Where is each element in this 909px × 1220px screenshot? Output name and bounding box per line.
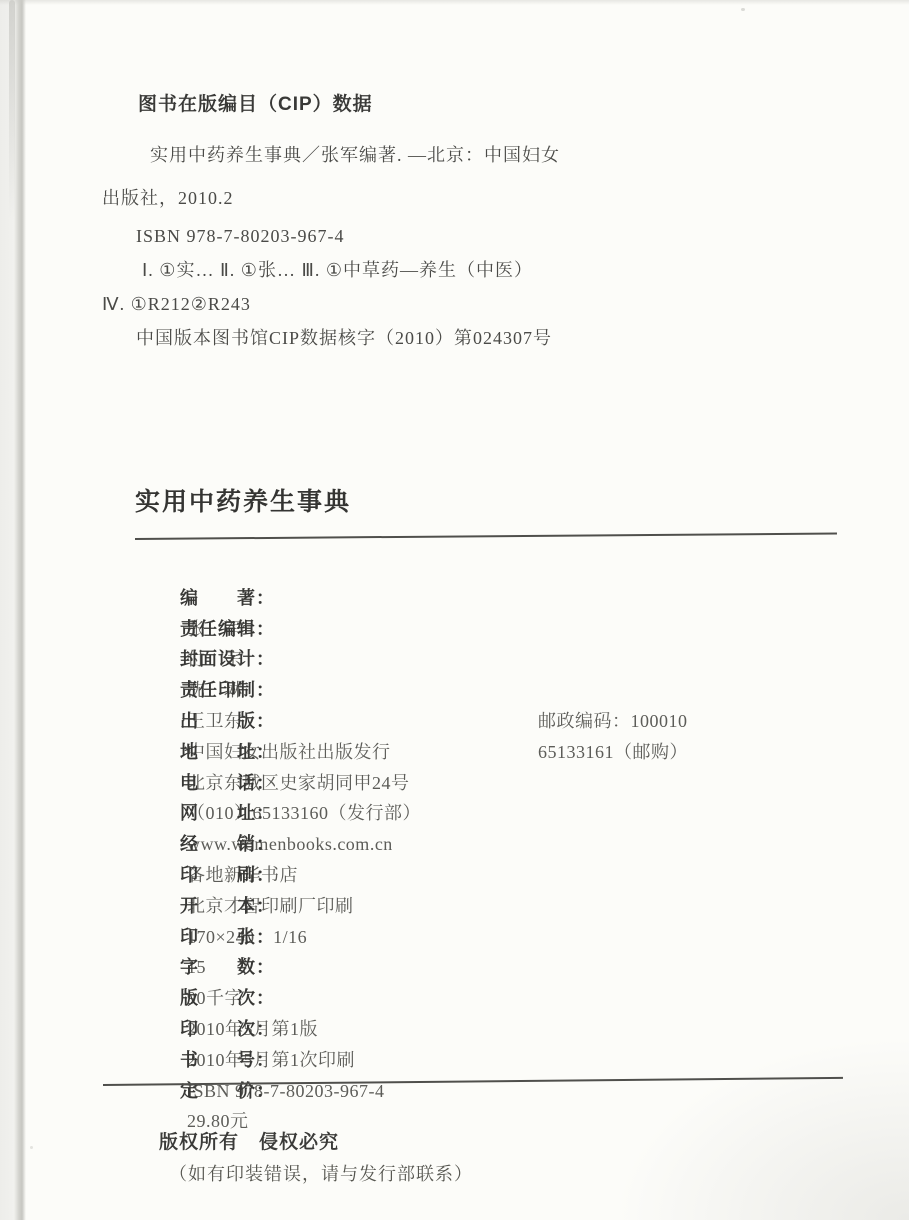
colophon-row: 电 话： （010）65133160（发行部） 65133161（邮购）: [135, 737, 865, 768]
colophon-row: 版 次： 2010年5月第1版: [135, 952, 865, 983]
colophon-row: 字 数： 90千字: [135, 922, 865, 953]
cip-line: 中国版本图书馆CIP数据核字（2010）第024307号: [102, 321, 782, 355]
page-content: 图书在版编目（CIP）数据 实用中药养生事典／张军编著. —北京：中国妇女 出版…: [0, 0, 909, 1220]
colophon-row: 开 本： 170×240 1/16: [135, 860, 865, 891]
colophon-row: 编 著： 张 军: [135, 552, 865, 583]
colophon-row: 印 次： 2010年5月第1次印刷: [135, 983, 865, 1014]
title-divider-rule: [135, 532, 837, 540]
colophon-row: 出 版： 中国妇女出版社出版发行: [135, 675, 865, 706]
cip-line: ISBN 978-7-80203-967-4: [102, 219, 782, 253]
colophon-row: 责任印制： 王卫东: [135, 644, 865, 675]
cip-lines: 实用中药养生事典／张军编著. —北京：中国妇女 出版社，2010.2 ISBN …: [102, 134, 782, 355]
book-title: 实用中药养生事典: [135, 486, 837, 518]
colophon-row: 印 刷： 北京才智印刷厂印刷: [135, 829, 865, 860]
cip-line: Ⅳ. ①R212②R243: [102, 287, 782, 321]
colophon-extra-value: 65133161（邮购）: [538, 737, 688, 768]
colophon-table: 编 著： 张 军 责任编辑： 付 宗 封面设计： 沈 琳 责任: [135, 552, 865, 1076]
cip-header: 图书在版编目（CIP）数据: [102, 92, 782, 118]
cip-line: 出版社，2010.2: [102, 177, 782, 219]
colophon-row: 书 号： ISBN 978-7-80203-967-4: [135, 1014, 865, 1045]
colophon-extra-value: 邮政编码：100010: [538, 706, 688, 737]
colophon-row: 定 价： 29.80元: [135, 1045, 865, 1076]
cip-data-block: 图书在版编目（CIP）数据 实用中药养生事典／张军编著. —北京：中国妇女 出版…: [102, 92, 782, 355]
colophon-row: 网 址： www.womenbooks.com.cn: [135, 768, 865, 799]
colophon-row: 印 张： 15: [135, 891, 865, 922]
copyright-contact-note: （如有印装错误，请与发行部联系）: [169, 1164, 473, 1184]
copyright-footer: 版权所有 侵权必究 （如有印装错误，请与发行部联系）: [135, 1098, 855, 1220]
colophon-row: 封面设计： 沈 琳: [135, 614, 865, 645]
scanned-book-copyright-page: 图书在版编目（CIP）数据 实用中药养生事典／张军编著. —北京：中国妇女 出版…: [0, 0, 909, 1220]
colophon-row: 地 址： 北京东城区史家胡同甲24号 邮政编码：100010: [135, 706, 865, 737]
copyright-notice: 版权所有 侵权必究: [159, 1132, 339, 1153]
title-block: 实用中药养生事典: [135, 486, 837, 540]
colophon-row: 责任编辑： 付 宗: [135, 583, 865, 614]
cip-line: Ⅰ. ①实… Ⅱ. ①张… Ⅲ. ①中草药—养生（中医）: [102, 253, 782, 287]
cip-line: 实用中药养生事典／张军编著. —北京：中国妇女: [102, 134, 782, 177]
colophon-row: 经 销： 各地新华书店: [135, 798, 865, 829]
